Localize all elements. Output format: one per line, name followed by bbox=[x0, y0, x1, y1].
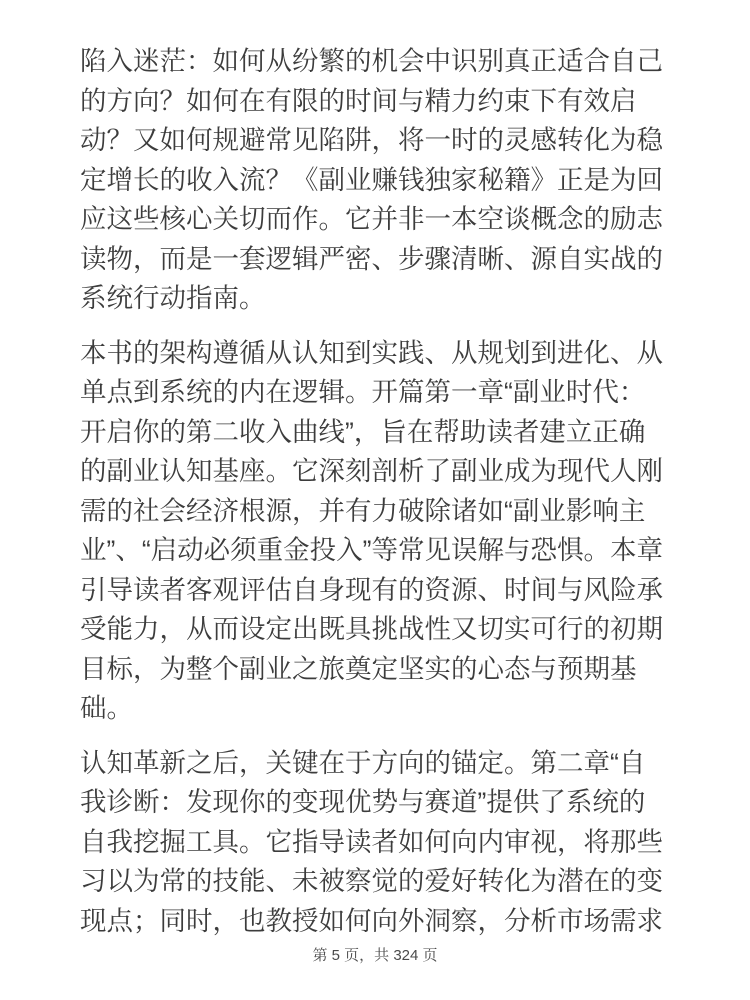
paragraph-1: 陷入迷茫：如何从纷繁的机会中识别真正适合自己的方向？如何在有限的时间与精力约束下… bbox=[80, 42, 669, 319]
paragraph-2: 本书的架构遵循从认知到实践、从规划到进化、从单点到系统的内在逻辑。开篇第一章“副… bbox=[80, 334, 669, 729]
page-text-block: 陷入迷茫：如何从纷繁的机会中识别真正适合自己的方向？如何在有限的时间与精力约束下… bbox=[80, 42, 669, 956]
document-page: 陷入迷茫：如何从纷繁的机会中识别真正适合自己的方向？如何在有限的时间与精力约束下… bbox=[0, 0, 750, 1000]
paragraph-3: 认知革新之后，关键在于方向的锚定。第二章“自我诊断：发现你的变现优势与赛道”提供… bbox=[80, 744, 669, 942]
page-number-footer: 第 5 页，共 324 页 bbox=[0, 946, 750, 966]
